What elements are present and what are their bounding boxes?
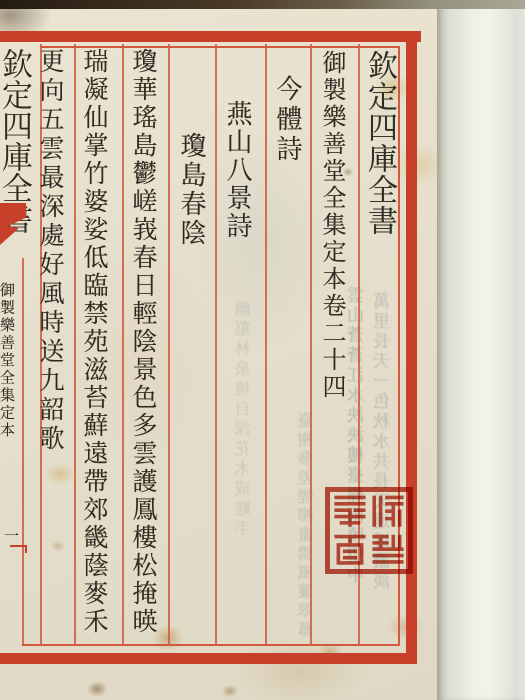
- book-page-scan: 雲山蒼蒼江水泱泱樓臺煙雨曉望中 萬里長天一色秋水共長天遠近濃淡 臺榭參差煙柳畫橋…: [0, 0, 525, 700]
- seal-glyph: [370, 532, 406, 568]
- poem-column-3: 更向五雲最深處好風時送九韶歌: [38, 48, 63, 454]
- frame-border-top: [0, 31, 421, 42]
- column-rule: [168, 44, 170, 645]
- seal-glyph: [332, 532, 368, 568]
- spine-column-rule: [22, 258, 24, 645]
- spine-work-title: 御製樂善堂全集定本: [0, 282, 14, 440]
- collection-title: 欽定四庫全書: [364, 50, 394, 236]
- page-number: 一: [3, 528, 18, 543]
- column-rule: [74, 44, 76, 645]
- column-rule: [310, 44, 312, 645]
- frame-border-bottom: [0, 653, 417, 664]
- column-rule: [215, 44, 217, 645]
- poem-group-title: 燕山八景詩: [224, 100, 250, 240]
- column-rule: [265, 44, 267, 645]
- column-rule: [122, 44, 124, 645]
- bleedthrough-column: 幽壑林泉境自深花木成畦手: [236, 300, 252, 540]
- bleedthrough-column: 臺榭參差煙柳畫橋風簾翠幕: [299, 412, 315, 640]
- frame-innerline-bottom: [22, 644, 400, 646]
- poem-column-1: 瓊華瑤島鬱嵯峩春日輕陰景色多雲護鳳樓松掩暎: [131, 48, 156, 636]
- photo-top-edge: [0, 0, 525, 9]
- page-curl-edge: [437, 0, 525, 700]
- seal-glyph: [370, 494, 406, 530]
- library-seal: [325, 487, 413, 574]
- seal-glyph: [332, 494, 368, 530]
- genre-heading: 今體詩: [274, 75, 300, 165]
- poem-column-2: 瑞凝仙掌竹婆娑低臨禁苑滋苔蘚遠帶郊畿蔭麥禾: [82, 48, 107, 636]
- work-title: 御製樂善堂全集定本卷二十四: [320, 50, 344, 401]
- poem-title: 瓊島春陰: [178, 132, 204, 248]
- page-number-bracket: [25, 545, 27, 553]
